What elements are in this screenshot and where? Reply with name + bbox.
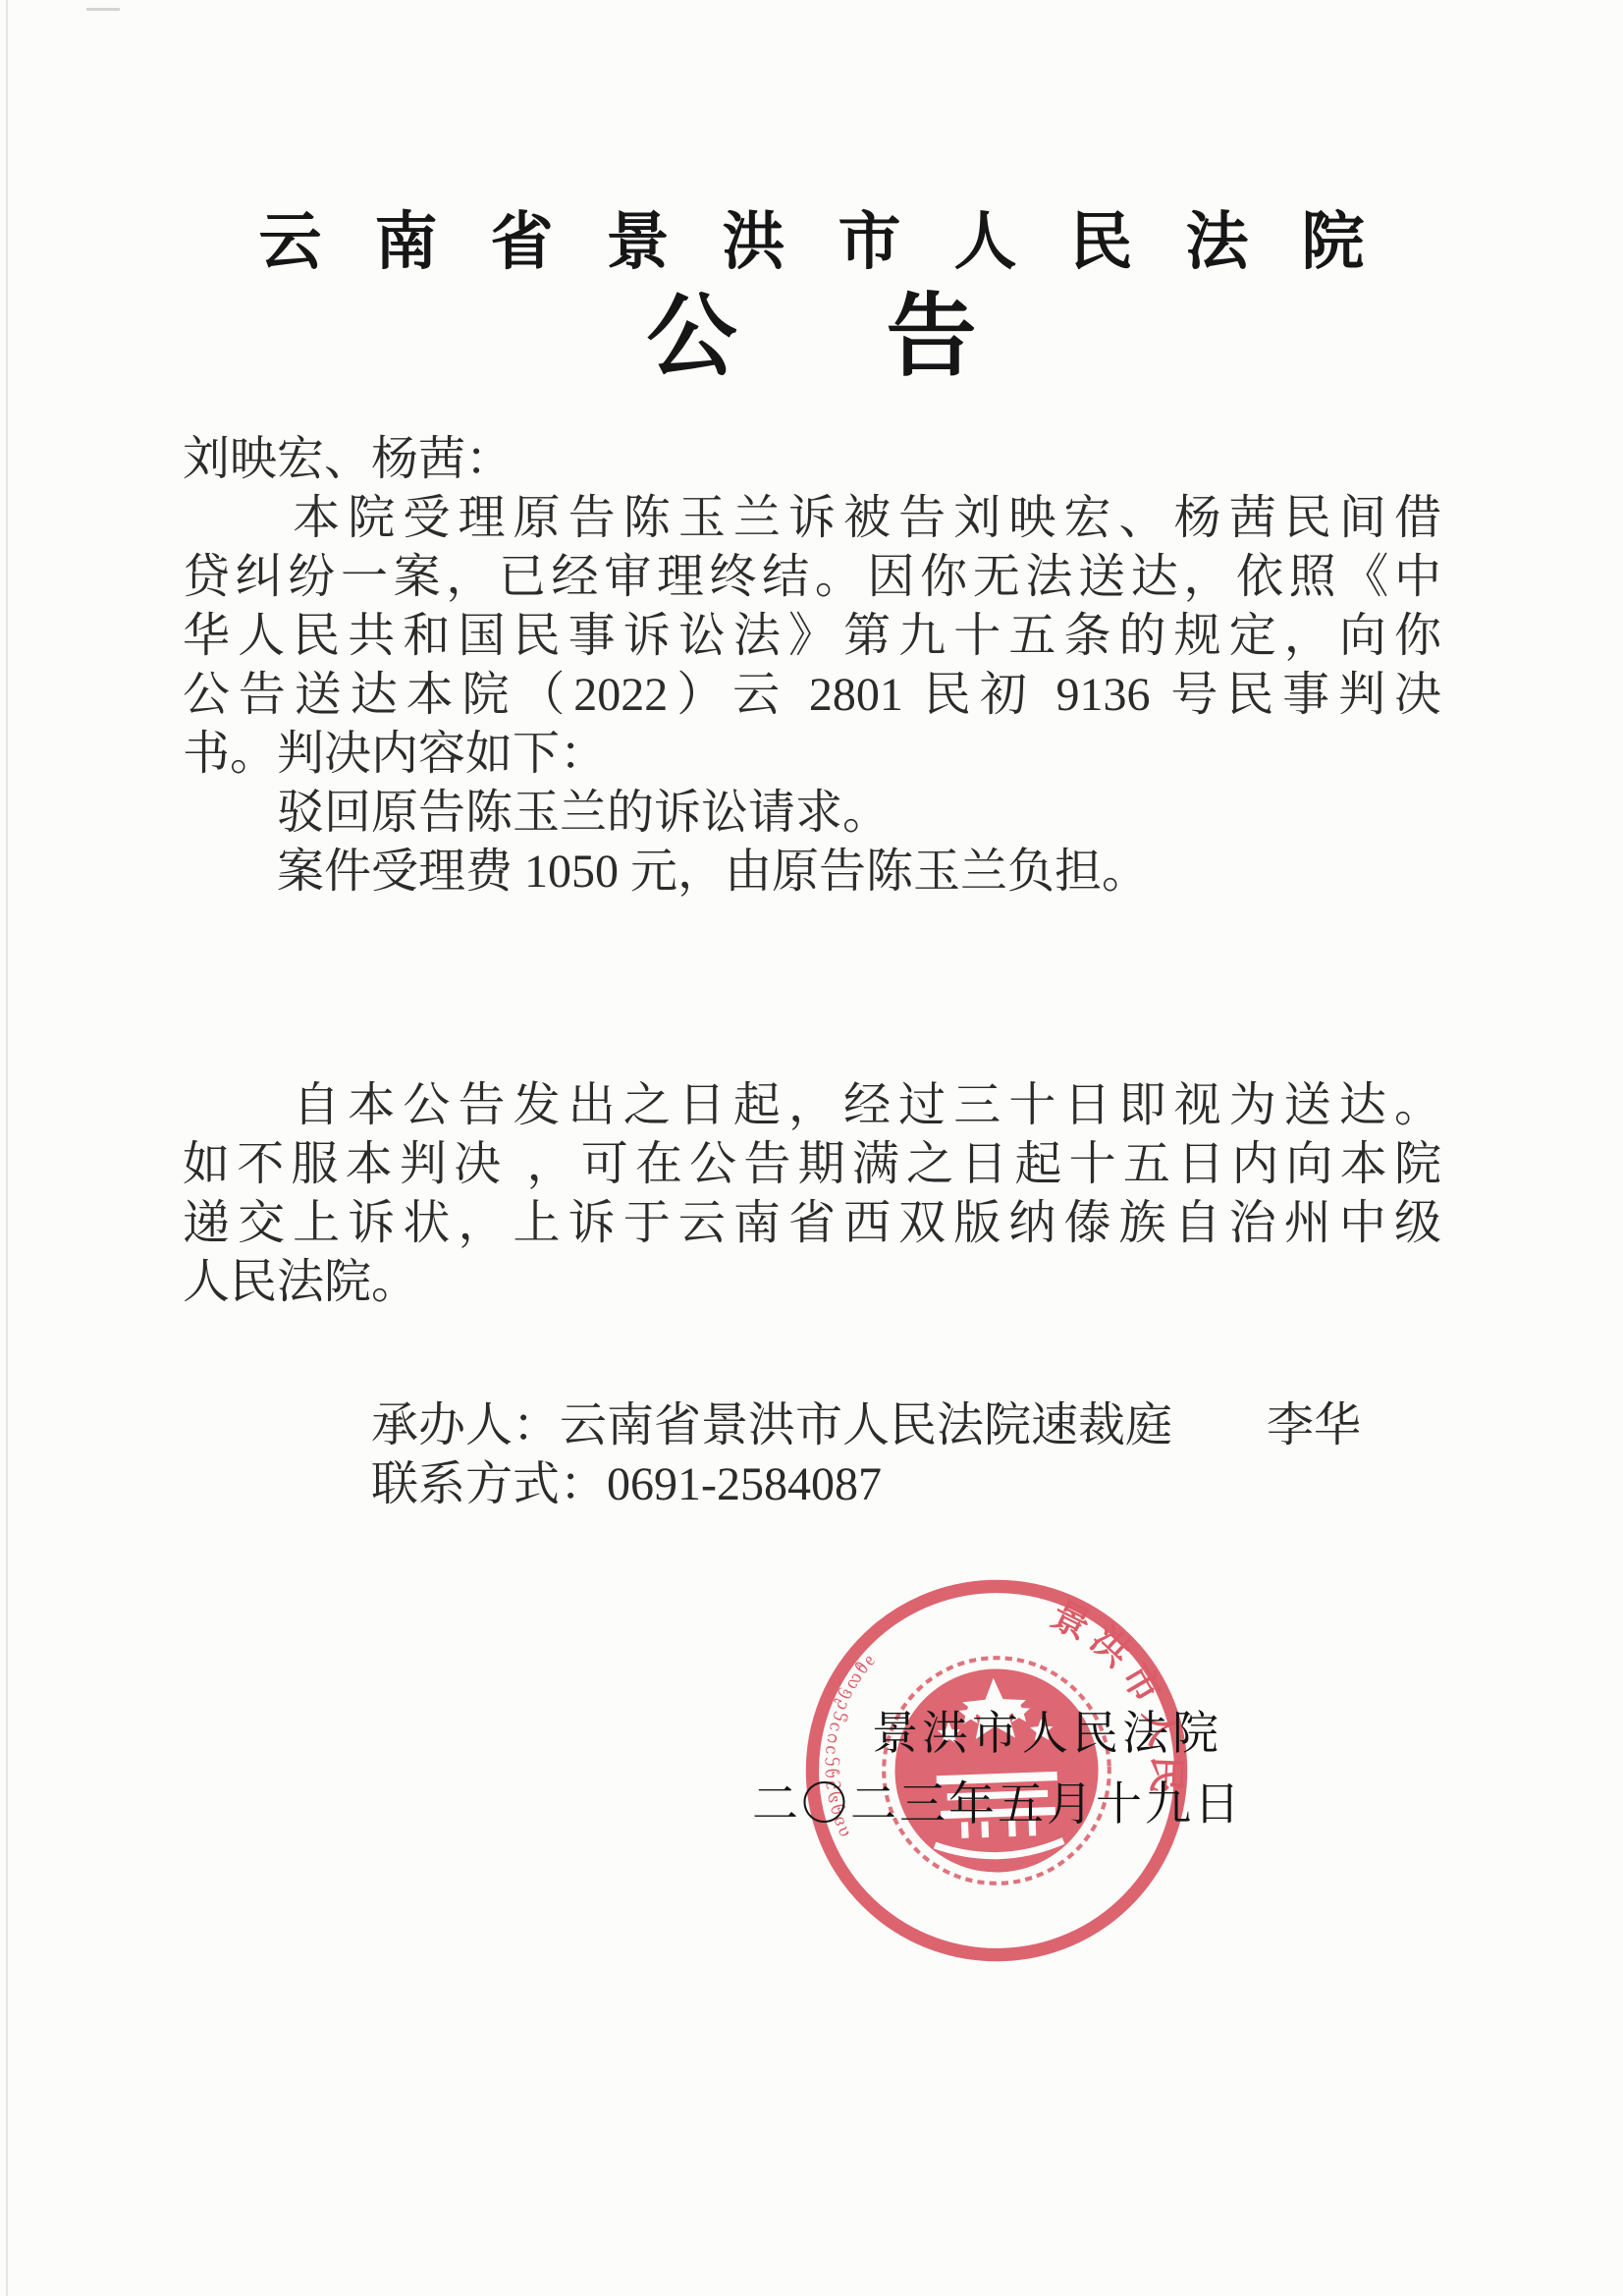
court-announcement-page: 云南省景洪市人民法院 公告 刘映宏、杨茜： 本院受理原告陈玉兰诉被告刘映宏、杨茜… [0,0,1623,2296]
text-line: 华人民共和国民事诉讼法》第九十五条的规定，向你 [183,607,1441,666]
court-seal: ᦵᦈᧂᦣᦳᧂᦓᦱᦢᦱᧃᦺᦑᦟᦹᧉ 景洪市人民法院 [788,1562,1205,1979]
national-emblem-icon [880,1654,1112,1886]
signature-court-name: 景洪市人民法院 [872,1709,1222,1760]
court-title: 云南省景洪市人民法院 [0,202,1623,281]
court-seal-stamp-icon: ᦵᦈᧂᦣᦳᧂᦓᦱᦢᦱᧃᦺᦑᦟᦹᧉ 景洪市人民法院 [788,1562,1205,1979]
paragraph-handler: 承办人：云南省景洪市人民法院速裁庭 李华 [183,1396,1441,1455]
text-line: 联系方式：0691-2584087 [183,1455,1441,1514]
text-line: 递交上诉状，上诉于云南省西双版纳傣族自治州中级 [183,1194,1441,1253]
salutation: 刘映宏、杨茜： [183,430,1441,489]
signature-date: 二〇二三年五月十九日 [752,1779,1243,1831]
paragraph-gap [183,1312,1441,1396]
text-line: 贷纠纷一案，已经审理终结。因你无法送达，依照《中 [183,548,1441,607]
text-line: 案件受理费 1050 元，由原告陈玉兰负担。 [183,843,1441,902]
text-line: 驳回原告陈玉兰的诉讼请求。 [183,784,1441,843]
paragraph-gap [183,902,1441,1076]
scan-dash-artifact [86,8,120,11]
paragraph-case-summary: 本院受理原告陈玉兰诉被告刘映宏、杨茜民间借贷纠纷一案，已经审理终结。因你无法送达… [183,489,1441,784]
text-line: 书。判决内容如下： [183,725,1441,784]
paragraph-judgment: 驳回原告陈玉兰的诉讼请求。 [183,784,1441,843]
text-line: 本院受理原告陈玉兰诉被告刘映宏、杨茜民间借 [183,489,1441,548]
text-line: 人民法院。 [183,1253,1441,1312]
paragraph-appeal-notice: 自本公告发出之日起，经过三十日即视为送达。如不服本判决 ，可在公告期满之日起十五… [183,1076,1441,1312]
announcement-body: 刘映宏、杨茜： 本院受理原告陈玉兰诉被告刘映宏、杨茜民间借贷纠纷一案，已经审理终… [183,430,1441,1514]
text-line: 承办人：云南省景洪市人民法院速裁庭 李华 [183,1396,1441,1455]
paragraph-court-fee: 案件受理费 1050 元，由原告陈玉兰负担。 [183,843,1441,902]
announcement-title: 公告 [0,283,1623,391]
text-line: 公告送达本院（2022）云 2801 民初 9136 号民事判决 [183,666,1441,725]
text-line: 如不服本判决 ，可在公告期满之日起十五日内向本院 [183,1135,1441,1194]
text-line: 自本公告发出之日起，经过三十日即视为送达。 [183,1076,1441,1135]
paragraph-contact: 联系方式：0691-2584087 [183,1455,1441,1514]
